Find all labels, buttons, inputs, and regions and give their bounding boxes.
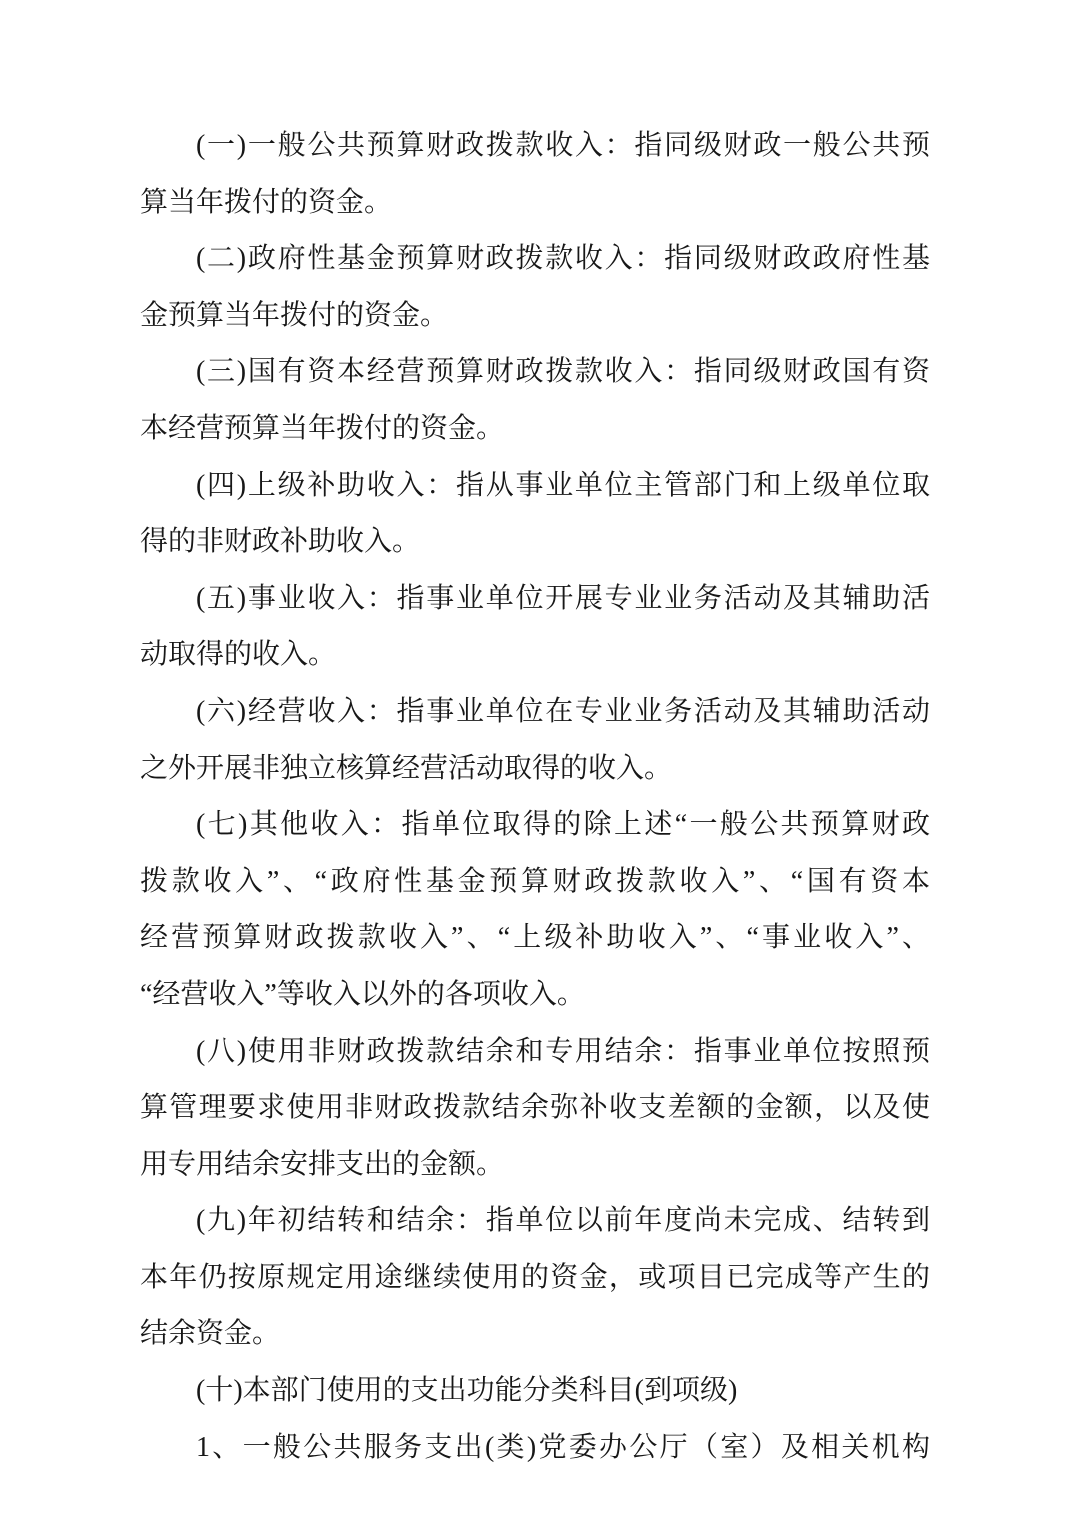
text-line: 金预算当年拨付的资金。 [140, 288, 930, 345]
text-line: 算管理要求使用非财政拨款结余弥补收支差额的金额，以及使 [140, 1080, 930, 1137]
paragraph-item-3: (三)国有资本经营预算财政拨款收入：指同级财政国有资 本经营预算当年拨付的资金。 [140, 344, 930, 457]
paragraph-item-5: (五)事业收入：指事业单位开展专业业务活动及其辅助活 动取得的收入。 [140, 571, 930, 684]
paragraph-item-8: (八)使用非财政拨款结余和专用结余：指事业单位按照预 算管理要求使用非财政拨款结… [140, 1024, 930, 1194]
text-line: 动取得的收入。 [140, 627, 930, 684]
text-line: (八)使用非财政拨款结余和专用结余：指事业单位按照预 [140, 1024, 930, 1081]
text-line: (三)国有资本经营预算财政拨款收入：指同级财政国有资 [140, 344, 930, 401]
text-line: (九)年初结转和结余：指单位以前年度尚未完成、结转到 [140, 1193, 930, 1250]
text-line: (一)一般公共预算财政拨款收入：指同级财政一般公共预 [140, 118, 930, 175]
text-line: (五)事业收入：指事业单位开展专业业务活动及其辅助活 [140, 571, 930, 628]
paragraph-item-1: (一)一般公共预算财政拨款收入：指同级财政一般公共预 算当年拨付的资金。 [140, 118, 930, 231]
paragraph-item-4: (四)上级补助收入：指从事业单位主管部门和上级单位取 得的非财政补助收入。 [140, 458, 930, 571]
document-body: (一)一般公共预算财政拨款收入：指同级财政一般公共预 算当年拨付的资金。 (二)… [140, 118, 930, 1476]
text-line: (六)经营收入：指事业单位在专业业务活动及其辅助活动 [140, 684, 930, 741]
text-line: 之外开展非独立核算经营活动取得的收入。 [140, 741, 930, 798]
text-line: 经营预算财政拨款收入”、“上级补助收入”、“事业收入”、 [140, 910, 930, 967]
text-line: (十)本部门使用的支出功能分类科目(到项级) [140, 1363, 930, 1420]
text-line: (七)其他收入：指单位取得的除上述“一般公共预算财政 [140, 797, 930, 854]
paragraph-subitem-1: 1、一般公共服务支出(类)党委办公厅（室）及相关机构 [140, 1420, 930, 1477]
text-line: (二)政府性基金预算财政拨款收入：指同级财政政府性基 [140, 231, 930, 288]
text-line: 1、一般公共服务支出(类)党委办公厅（室）及相关机构 [140, 1420, 930, 1477]
text-line: 本年仍按原规定用途继续使用的资金，或项目已完成等产生的 [140, 1250, 930, 1307]
paragraph-item-6: (六)经营收入：指事业单位在专业业务活动及其辅助活动 之外开展非独立核算经营活动… [140, 684, 930, 797]
text-line: 算当年拨付的资金。 [140, 175, 930, 232]
paragraph-item-2: (二)政府性基金预算财政拨款收入：指同级财政政府性基 金预算当年拨付的资金。 [140, 231, 930, 344]
paragraph-item-9: (九)年初结转和结余：指单位以前年度尚未完成、结转到 本年仍按原规定用途继续使用… [140, 1193, 930, 1363]
text-line: 用专用结余安排支出的金额。 [140, 1137, 930, 1194]
paragraph-item-7: (七)其他收入：指单位取得的除上述“一般公共预算财政 拨款收入”、“政府性基金预… [140, 797, 930, 1023]
text-line: 本经营预算当年拨付的资金。 [140, 401, 930, 458]
text-line: 得的非财政补助收入。 [140, 514, 930, 571]
text-line: “经营收入”等收入以外的各项收入。 [140, 967, 930, 1024]
document-page: (一)一般公共预算财政拨款收入：指同级财政一般公共预 算当年拨付的资金。 (二)… [0, 0, 1069, 1514]
text-line: 拨款收入”、“政府性基金预算财政拨款收入”、“国有资本 [140, 854, 930, 911]
paragraph-item-10: (十)本部门使用的支出功能分类科目(到项级) [140, 1363, 930, 1420]
text-line: (四)上级补助收入：指从事业单位主管部门和上级单位取 [140, 458, 930, 515]
text-line: 结余资金。 [140, 1306, 930, 1363]
